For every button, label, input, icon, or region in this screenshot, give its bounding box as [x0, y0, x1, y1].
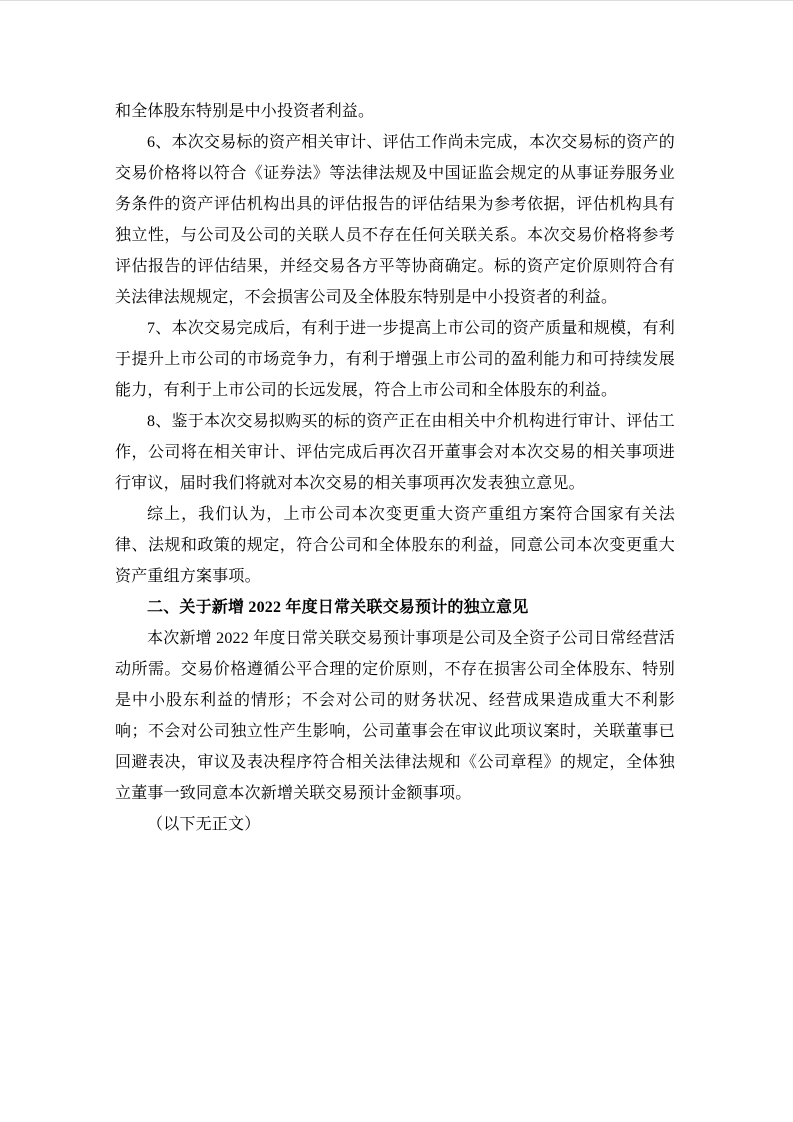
- paragraph-no-more-text: （以下无正文）: [115, 809, 675, 840]
- document-body: 和全体股东特别是中小投资者利益。 6、本次交易标的资产相关审计、评估工作尚未完成…: [115, 96, 675, 840]
- document-page: 和全体股东特别是中小投资者利益。 6、本次交易标的资产相关审计、评估工作尚未完成…: [0, 0, 793, 1122]
- paragraph-item-7: 7、本次交易完成后，有利于进一步提高上市公司的资产质量和规模，有利于提升上市公司…: [115, 313, 675, 406]
- section-heading-2: 二、关于新增 2022 年度日常关联交易预计的独立意见: [115, 592, 675, 623]
- paragraph-item-8: 8、鉴于本次交易拟购买的标的资产正在由相关中介机构进行审计、评估工作，公司将在相…: [115, 406, 675, 499]
- paragraph-related-transactions: 本次新增 2022 年度日常关联交易预计事项是公司及全资子公司日常经营活动所需。…: [115, 623, 675, 809]
- paragraph-item-6: 6、本次交易标的资产相关审计、评估工作尚未完成，本次交易标的资产的交易价格将以符…: [115, 127, 675, 313]
- paragraph-conclusion: 综上，我们认为，上市公司本次变更重大资产重组方案符合国家有关法律、法规和政策的规…: [115, 499, 675, 592]
- paragraph-continuation: 和全体股东特别是中小投资者利益。: [115, 96, 675, 127]
